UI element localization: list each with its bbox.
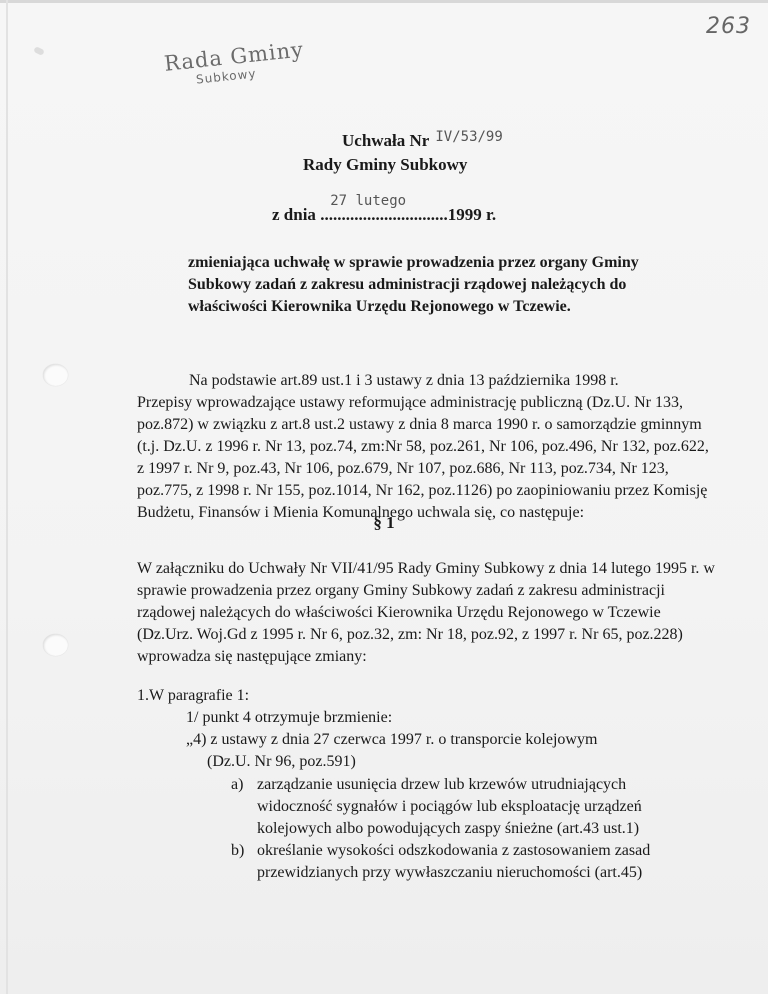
handwritten-page-number: 263 bbox=[706, 14, 751, 39]
resolution-subject: zmieniająca uchwałę w sprawie prowadzeni… bbox=[188, 252, 658, 318]
date-fill-field: .............................. 27 lutego bbox=[320, 205, 448, 225]
section-1-paragraph: W załączniku do Uchwały Nr VII/41/95 Rad… bbox=[137, 558, 717, 668]
section-1-heading: § 1 bbox=[0, 513, 768, 533]
council-name: Rady Gminy Subkowy bbox=[303, 155, 467, 175]
change-paragraph-1: 1.W paragrafie 1: bbox=[137, 685, 717, 707]
list-item-marker: b) bbox=[231, 840, 244, 862]
list-item-text: określanie wysokości odszkodowania z zas… bbox=[257, 842, 650, 881]
sub-items-list: a) zarządzanie usunięcia drzew lub krzew… bbox=[231, 774, 701, 884]
list-item: a) zarządzanie usunięcia drzew lub krzew… bbox=[231, 774, 701, 840]
change-point-4-text: „4) z ustawy z dnia 27 czerwca 1997 r. o… bbox=[137, 729, 717, 751]
legal-basis-rest: Przepisy wprowadzające ustawy reformując… bbox=[137, 394, 709, 521]
list-item-marker: a) bbox=[231, 774, 243, 796]
change-point-4: 1/ punkt 4 otrzymuje brzmienie: bbox=[137, 707, 717, 729]
scan-smudge bbox=[33, 46, 45, 56]
list-item: b) określanie wysokości odszkodowania z … bbox=[231, 840, 701, 884]
punch-hole-icon bbox=[43, 364, 68, 386]
resolution-title: Uchwała NrIV/53/99 bbox=[342, 131, 503, 151]
resolution-title-prefix: Uchwała Nr bbox=[342, 131, 429, 150]
changes-list: 1.W paragrafie 1: 1/ punkt 4 otrzymuje b… bbox=[137, 685, 717, 773]
resolution-date: z dnia .............................. 27… bbox=[272, 205, 496, 225]
date-handwritten: 27 lutego bbox=[330, 193, 406, 209]
change-point-4-reference: (Dz.U. Nr 96, poz.591) bbox=[137, 751, 717, 773]
resolution-number: IV/53/99 bbox=[435, 129, 502, 145]
legal-basis-first-line: Na podstawie art.89 ust.1 i 3 ustawy z d… bbox=[137, 370, 717, 392]
date-suffix: 1999 r. bbox=[448, 205, 497, 224]
page-top-edge bbox=[0, 0, 768, 3]
page-left-edge bbox=[6, 0, 8, 994]
scanned-document-page: 263 Rada Gminy Subkowy Uchwała NrIV/53/9… bbox=[0, 0, 768, 994]
date-prefix: z dnia bbox=[272, 205, 316, 224]
council-stamp: Rada Gminy Subkowy bbox=[163, 37, 306, 89]
list-item-text: zarządzanie usunięcia drzew lub krzewów … bbox=[257, 776, 642, 837]
legal-basis-paragraph: Na podstawie art.89 ust.1 i 3 ustawy z d… bbox=[137, 370, 717, 524]
punch-hole-icon bbox=[43, 634, 68, 656]
